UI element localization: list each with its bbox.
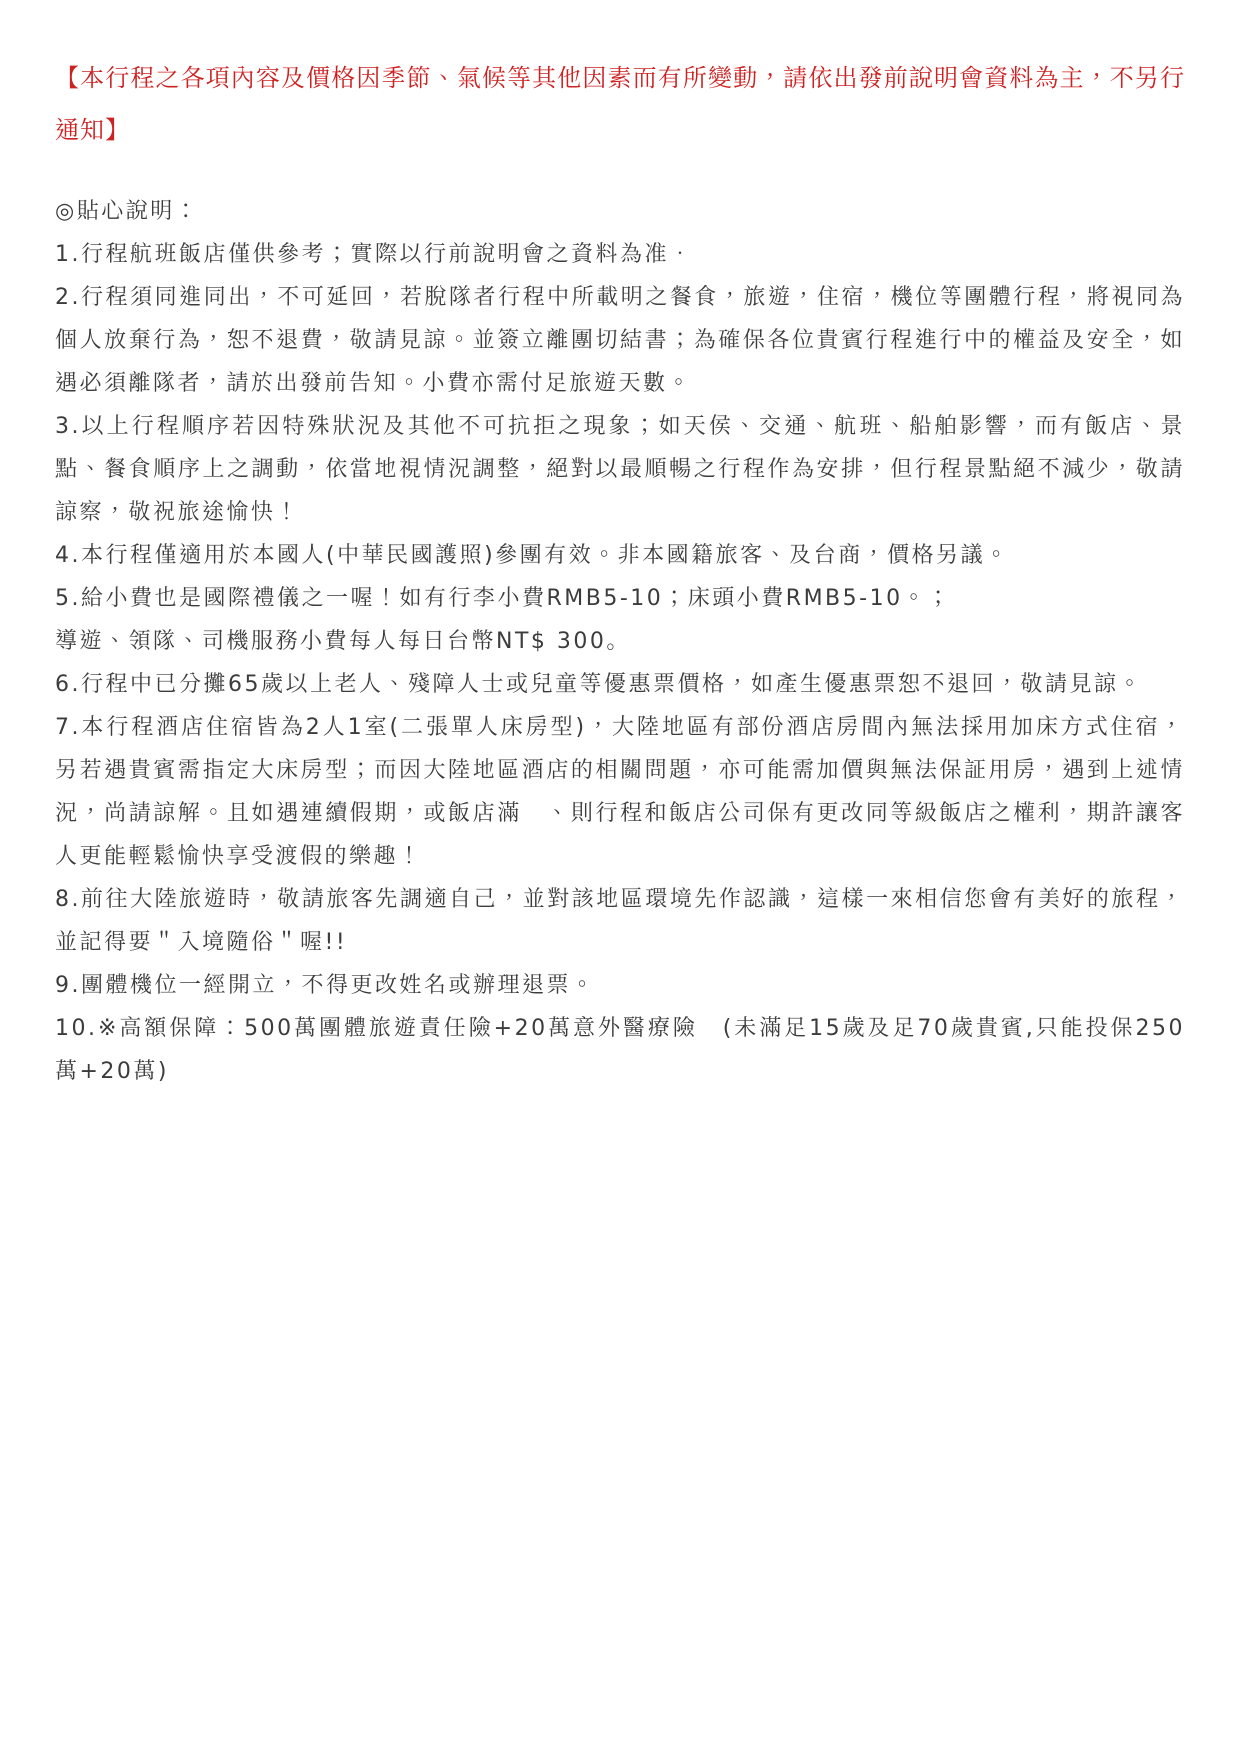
- note-item: 1.行程航班飯店僅供參考；實際以行前說明會之資料為准．: [55, 233, 1185, 276]
- note-item: 6.行程中已分攤65歲以上老人、殘障人士或兒童等優惠票價格，如產生優惠票恕不退回…: [55, 663, 1185, 706]
- document-page: 【本行程之各項內容及價格因季節、氣候等其他因素而有所變動，請依出發前說明會資料為…: [0, 0, 1241, 1755]
- note-item: 10.※高額保障：500萬團體旅遊責任險+20萬意外醫療險 (未滿足15歲及足7…: [55, 1007, 1185, 1093]
- note-item: 3.以上行程順序若因特殊狀況及其他不可抗拒之現象；如天侯、交通、航班、船舶影響，…: [55, 405, 1185, 534]
- notes-list: 1.行程航班飯店僅供參考；實際以行前說明會之資料為准．2.行程須同進同出，不可延…: [55, 233, 1185, 1093]
- section-title: ◎貼心說明：: [55, 190, 1185, 233]
- note-item: 9.團體機位一經開立，不得更改姓名或辦理退票。: [55, 964, 1185, 1007]
- note-item: 8.前往大陸旅遊時，敬請旅客先調適自己，並對該地區環境先作認識，這樣一來相信您會…: [55, 878, 1185, 964]
- note-item: 2.行程須同進同出，不可延回，若脫隊者行程中所載明之餐食，旅遊，住宿，機位等團體…: [55, 276, 1185, 405]
- note-item: 7.本行程酒店住宿皆為2人1室(二張單人床房型)，大陸地區有部份酒店房間內無法採…: [55, 706, 1185, 878]
- notice-header: 【本行程之各項內容及價格因季節、氣候等其他因素而有所變動，請依出發前說明會資料為…: [55, 52, 1185, 156]
- note-item: 4.本行程僅適用於本國人(中華民國護照)參團有效。非本國籍旅客、及台商，價格另議…: [55, 534, 1185, 577]
- note-item: 5.給小費也是國際禮儀之一喔！如有行李小費RMB5-10；床頭小費RMB5-10…: [55, 577, 1185, 663]
